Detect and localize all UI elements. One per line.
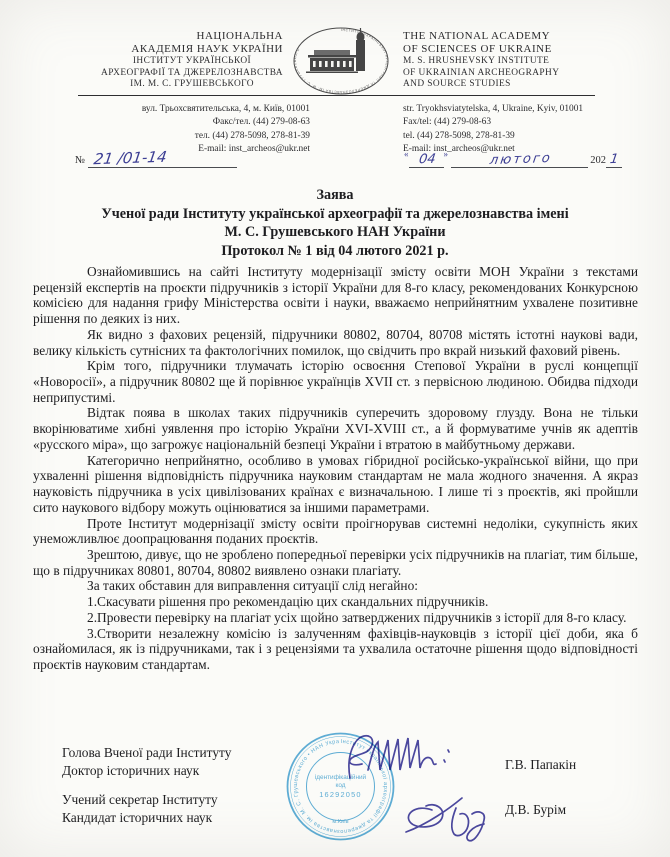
signer-role-secretary: Учений секретар Інституту Кандидат істор… xyxy=(62,791,218,826)
list-item-2: 2.Провести перевірку на плагіат усіх щой… xyxy=(33,610,638,626)
list-item-3: 3.Створити незалежну комісію із залученн… xyxy=(33,626,638,673)
org-line: АРХЕОГРАФІЇ ТА ДЖЕРЕЛОЗНАВСТВА xyxy=(101,68,283,80)
document-title: Заява Ученої ради Інституту української … xyxy=(0,186,670,260)
signer-name-papakin: Г.В. Папакін xyxy=(505,757,576,773)
paragraph: Зрештою, дивує, що не зроблено попереднь… xyxy=(33,547,638,578)
title-line: Протокол № 1 від 04 лютого 2021 р. xyxy=(0,242,670,261)
day-handwritten: 04 xyxy=(418,152,437,168)
signature-autograph-burim xyxy=(398,788,508,846)
month-underline: лютого xyxy=(451,152,588,168)
year-printed: 202 xyxy=(590,155,606,166)
contact-line: Факс/тел. (44) 279-08-63 xyxy=(60,116,310,129)
signature-autograph-papakin xyxy=(332,726,467,788)
year-digit-handwritten: 1 xyxy=(609,152,619,167)
paragraph: Як видно з фахових рецензій, підручники … xyxy=(33,327,638,358)
paragraph: За таких обставин для виправлення ситуац… xyxy=(33,578,638,594)
org-line: AND SOURCE STUDIES xyxy=(403,79,643,91)
title-line: М. С. Грушевського НАН України xyxy=(0,223,670,242)
document-body: Ознайомившись на сайті Інституту модерні… xyxy=(33,264,638,673)
org-line: THE NATIONAL ACADEMY xyxy=(403,30,643,43)
contact-line: tel. (44) 278-5098, 278-81-39 xyxy=(403,130,653,143)
number-label: № xyxy=(75,155,85,166)
role-line: Голова Вченої ради Інституту xyxy=(62,744,231,762)
close-quote: » xyxy=(444,149,449,159)
building-drawing xyxy=(306,28,365,73)
role-line: Учений секретар Інституту xyxy=(62,791,218,809)
number-handwritten-value: 21 /01-14 xyxy=(92,148,167,169)
paragraph: Категорично неприйнятно, особливо в умов… xyxy=(33,453,638,516)
document-date-field: «04» лютого 2021 xyxy=(404,149,622,168)
org-line: M. S. HRUSHEVSKY INSTITUTE xyxy=(403,56,643,68)
title-line: Ученої ради Інституту української археог… xyxy=(0,205,670,224)
org-line: ІМ. М. С. ГРУШЕВСЬКОГО xyxy=(101,79,283,91)
role-line: Доктор історичних наук xyxy=(62,762,231,780)
org-line: НАЦІОНАЛЬНА xyxy=(60,30,283,43)
year-digit-underline: 1 xyxy=(606,152,622,168)
number-underline: 21 /01-14 xyxy=(88,149,237,168)
org-name-ukrainian: НАЦІОНАЛЬНА АКАДЕМІЯ НАУК УКРАЇНИ ІНСТИТ… xyxy=(60,30,283,91)
paragraph: Ознайомившись на сайті Інституту модерні… xyxy=(33,264,638,327)
contact-line: вул. Трьохсвятительська, 4, м. Київ, 010… xyxy=(60,103,310,116)
paragraph: Крім того, підручники тлумачать історію … xyxy=(33,358,638,405)
day-underline: 04 xyxy=(409,152,444,168)
paragraph: Проте Інститут модернізації змісту освіт… xyxy=(33,516,638,547)
scanned-letter-page: НАЦІОНАЛЬНА АКАДЕМІЯ НАУК УКРАЇНИ ІНСТИТ… xyxy=(0,0,670,857)
paragraph: Відтак поява в школах таких підручників … xyxy=(33,405,638,452)
org-line: АКАДЕМІЯ НАУК УКРАЇНИ xyxy=(60,43,283,56)
stamp-id-code: 16292050 xyxy=(319,790,361,799)
stamp-city: м.Київ xyxy=(332,819,348,825)
letterhead-divider xyxy=(78,95,595,96)
role-line: Кандидат історичних наук xyxy=(62,809,218,827)
list-item-1: 1.Скасувати рішення про рекомендацію цих… xyxy=(33,594,638,610)
contact-line: str. Tryokhsviatytelska, 4, Ukraine, Kyi… xyxy=(403,103,653,116)
signer-name-burim: Д.В. Бурім xyxy=(505,802,566,818)
org-line: ІНСТИТУТ УКРАЇНСЬКОЇ xyxy=(101,56,283,68)
document-number-field: № 21 /01-14 xyxy=(75,149,237,168)
org-name-english: THE NATIONAL ACADEMY OF SCIENCES OF UKRA… xyxy=(403,30,643,91)
org-line: OF UKRAINIAN ARCHEOGRAPHY xyxy=(403,68,643,80)
institute-building-seal-logo: ІНСТИТУТ УКРАЇНСЬКОЇ АРХЕОГРАФІЇ ТА ДЖЕР… xyxy=(290,25,392,97)
month-handwritten: лютого xyxy=(489,151,553,168)
contact-line: Fax/tel: (44) 279-08-63 xyxy=(403,116,653,129)
signer-role-chair: Голова Вченої ради Інституту Доктор істо… xyxy=(62,744,231,779)
contact-line: тел. (44) 278-5098, 278-81-39 xyxy=(60,130,310,143)
title-line: Заява xyxy=(0,186,670,205)
org-line: OF SCIENCES OF UKRAINE xyxy=(403,43,643,56)
